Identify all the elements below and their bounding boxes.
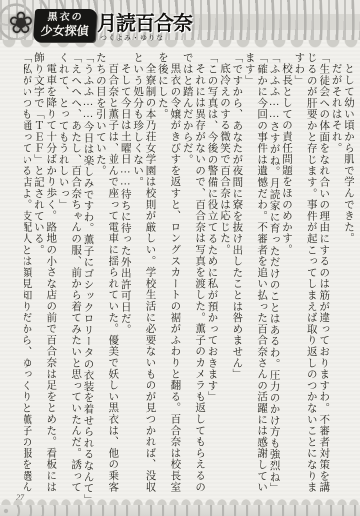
page-title: 月読百合奈 [97, 7, 197, 36]
series-label-line1: 黒衣の [34, 12, 97, 24]
paragraph: そして今日は土曜日……待ちに待った外出許可日だ。 [118, 52, 130, 502]
paragraph: 百合奈と薫子は、並んで座って電車に揺られていた。優美で妖しい黒衣は、他の乗客たち… [93, 52, 118, 502]
paragraph: 「えへへへ、あたし、百合奈ちゃんの服、前から着てみたいと思っていたんだ。誘ってく… [56, 52, 81, 502]
paragraph: 「確かに今回の事件は遺憾だわ。不審者を追い払った百合奈さんの活躍には感謝していま… [242, 52, 267, 502]
paragraph: 電車を降りて十分ばかり歩く。路地の小さな店の前で百合奈は足をとめた。看板には飾り… [31, 52, 56, 502]
book-page: ❀ 黒衣の 少女探偵 月読百合奈 つくよみ・ゆりな として幼い頃から肌で学んでき… [0, 0, 360, 516]
rose-icon: ❀ [4, 6, 38, 44]
series-label-line2: 少女探偵 [33, 24, 96, 38]
paragraph: 「生徒会への体面をなれ合いの理由にするのは筋が違っておりますわ。不審者対策を講じ… [292, 52, 329, 502]
paragraph: 校長としての責任問題をほのめかす。 [280, 52, 292, 502]
paragraph: 底冷えのする微笑で百合奈は応じた。 [218, 52, 230, 502]
bottom-lace-border [0, 505, 360, 516]
paragraph: 「うふふ……今日は楽しみですわ。薫子にゴシックロリータの衣装を着せられるなんて」 [81, 52, 93, 502]
paragraph: それには異存がないので、百合奈は写真を渡した。薫子のカメラも返してもらえるのでは… [180, 52, 205, 502]
paragraph: 全寮制の本乃荘女学園は校則が厳しい。学校生活に必要ないものが見つかれば、没収とい… [131, 52, 156, 502]
title-banner: ❀ 黒衣の 少女探偵 月読百合奈 つくよみ・ゆりな [4, 4, 194, 48]
title-furigana: つくよみ・ゆりな [100, 33, 200, 43]
paragraph: 「ふふふ……さすがね。月読家に育っただけのことはあるわ。圧力のかけ方も強烈ね」 [267, 52, 279, 502]
paragraph: として幼い頃から肌で学んできた。 [342, 52, 354, 502]
paragraph: だがそれはそれ。 [329, 52, 341, 502]
paragraph: 黒衣の令嬢がきびすを返すと、ロングスカートの裾がふわりと翻る。百合奈は校長室を後… [156, 52, 181, 502]
paragraph: 「この写真は、今後の警備に役立てるために私が預かっておきます」 [205, 52, 217, 502]
paragraph: 「私がいつも通っている店よ。支配人とは顔見知りだから、ゆっくりと薫子の服を選んで… [24, 52, 31, 502]
novel-body-text: として幼い頃から肌で学んできた。だがそれはそれ。「生徒会への体面をなれ合いの理由… [24, 52, 354, 502]
paragraph: 「ですから、あなたが夜間に寮を抜け出したことは咎めません」 [230, 52, 242, 502]
series-ribbon: 黒衣の 少女探偵 [33, 9, 97, 42]
